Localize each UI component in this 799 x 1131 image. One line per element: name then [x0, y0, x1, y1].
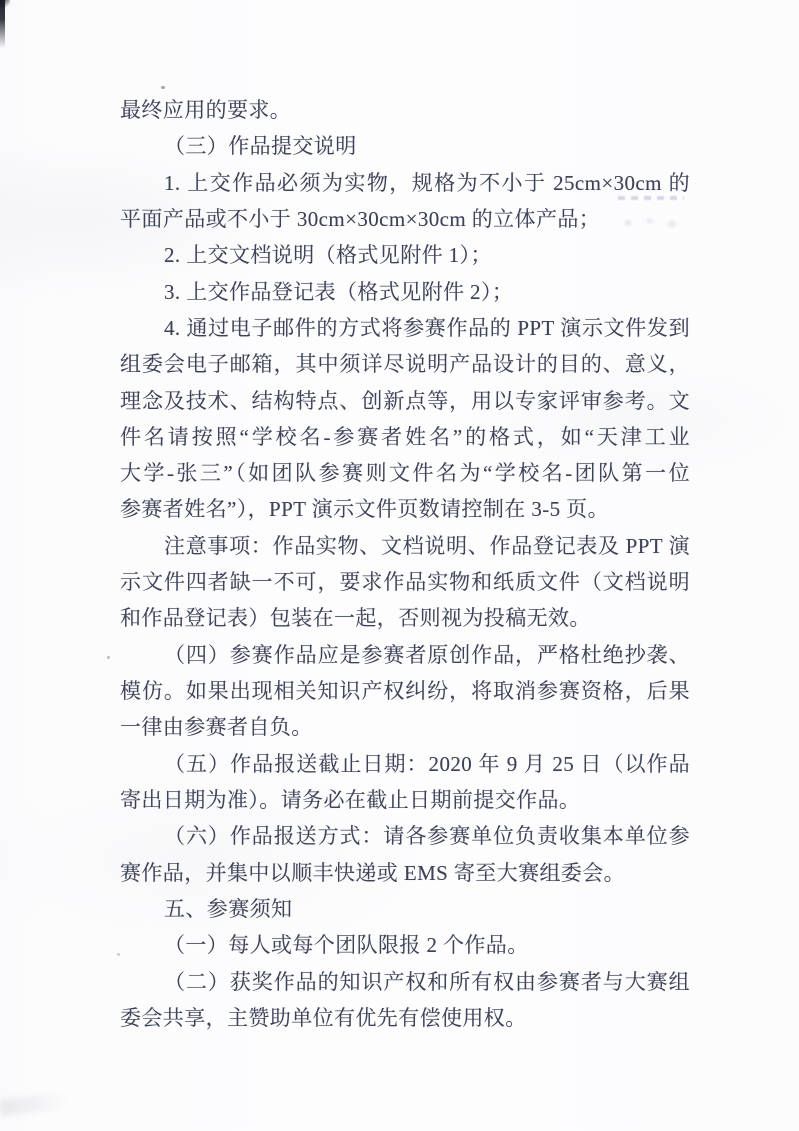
text-line: 平面产品或不小于 30cm×30cm×30cm 的立体产品；: [120, 201, 690, 237]
text-line: 五、参赛须知: [120, 891, 690, 927]
scan-speck: [161, 86, 165, 89]
text-line: 委会共享，主赞助单位有优先有偿使用权。: [120, 1000, 690, 1036]
text-line: 4. 通过电子邮件的方式将参赛作品的 PPT 演示文件发到: [120, 310, 690, 346]
text-line: 寄出日期为准）。请务必在截止日期前提交作品。: [120, 782, 690, 818]
text-line: 组委会电子邮箱，其中须详尽说明产品设计的目的、意义，: [120, 346, 690, 382]
scan-corner-artifact: [0, 0, 10, 7]
text-line: 模仿。如果出现相关知识产权纠纷，将取消参赛资格，后果: [120, 673, 690, 709]
text-line: 大学-张三”（如团队参赛则文件名为“学校名-团队第一位: [120, 455, 690, 491]
text-line: （四）参赛作品应是参赛者原创作品，严格杜绝抄袭、: [120, 637, 690, 673]
text-line: （六）作品报送方式：请各参赛单位负责收集本单位参: [120, 818, 690, 854]
text-line: 参赛者姓名”），PPT 演示文件页数请控制在 3-5 页。: [120, 491, 690, 527]
text-line: 1. 上交作品必须为实物，规格为不小于 25cm×30cm 的: [120, 165, 690, 201]
text-line: 件名请按照“学校名-参赛者姓名”的格式，如“天津工业: [120, 419, 690, 455]
text-line: 3. 上交作品登记表（格式见附件 2）；: [120, 274, 690, 310]
text-line: 理念及技术、结构特点、创新点等，用以专家评审参考。文: [120, 383, 690, 419]
scan-streak-artifact: [0, 1092, 71, 1115]
text-line: （一）每人或每个团队限报 2 个作品。: [120, 927, 690, 963]
text-line: 最终应用的要求。: [120, 92, 690, 128]
text-line: 注意事项：作品实物、文档说明、作品登记表及 PPT 演: [120, 528, 690, 564]
text-line: 一律由参赛者自负。: [120, 709, 690, 745]
text-line: （三）作品提交说明: [120, 128, 690, 164]
scanned-document-page: 最终应用的要求。（三）作品提交说明1. 上交作品必须为实物，规格为不小于 25c…: [0, 0, 799, 1131]
scan-speck: [107, 656, 110, 659]
text-line: 和作品登记表）包装在一起，否则视为投稿无效。: [120, 600, 690, 636]
text-line: 赛作品，并集中以顺丰快递或 EMS 寄至大赛组委会。: [120, 855, 690, 891]
text-line: （五）作品报送截止日期：2020 年 9 月 25 日（以作品: [120, 746, 690, 782]
text-line: 示文件四者缺一不可，要求作品实物和纸质文件（文档说明: [120, 564, 690, 600]
text-line: 2. 上交文档说明（格式见附件 1）；: [120, 237, 690, 273]
document-body-text: 最终应用的要求。（三）作品提交说明1. 上交作品必须为实物，规格为不小于 25c…: [120, 92, 690, 1036]
scan-edge-artifact: [0, 0, 5, 48]
text-line: （二）获奖作品的知识产权和所有权由参赛者与大赛组: [120, 964, 690, 1000]
